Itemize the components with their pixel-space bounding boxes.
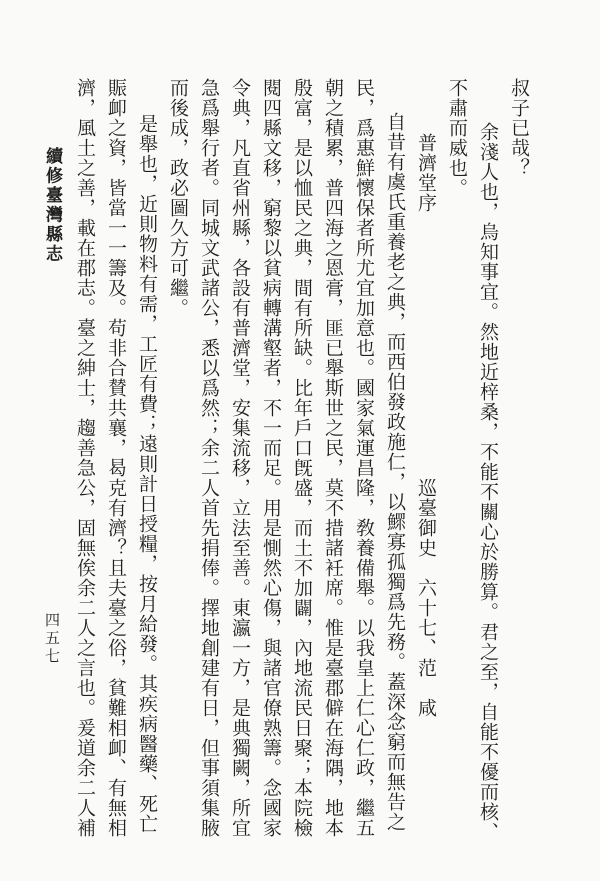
text-column-p2-2: 賑卹之資，皆當一一籌及。苟非合賛共襄，曷克有濟？且夫臺之俗，貧難相卹、有無相 xyxy=(103,78,127,838)
section-title: 普濟堂序 xyxy=(413,133,437,213)
text-column-preceding-3: 不肅而威也。 xyxy=(444,78,468,198)
author-line: 巡臺御史 六十七、范 咸 xyxy=(413,478,437,718)
book-page: 叔子已哉？ 余淺人也，烏知事宜。然地近梓桑，不能不關心於勝算。君之至，自能不優而… xyxy=(0,0,600,881)
text-column-p1-7: 急爲舉行者。同城文武諸公，悉以爲然；余二人首先捐俸。擇地創建有日，但事須集腋 xyxy=(196,78,220,838)
text-column-p1-8: 而後成，政必圖久方可繼。 xyxy=(165,78,189,318)
text-column-preceding-1: 叔子已哉？ xyxy=(506,78,530,178)
text-column-p2-3: 濟，風土之善，載在郡志。臺之紳士，趨善急公，固無俟余二人之言也。爰道余二人補 xyxy=(72,78,96,838)
text-column-p1-6: 令典，凡直省州縣，各設有普濟堂，安集流移，立法至善。東瀛一方，是典獨闕，所宜 xyxy=(227,78,251,838)
text-column-p1-1: 自昔有虞氏重養老之典，而西伯發政施仁，以鰥寡孤獨爲先務。蓋深念窮而無告之 xyxy=(382,112,406,832)
text-column-p1-2: 民，爲惠鮮懷保者所尤宜加意也。國家氣運昌隆，敎養備舉。以我皇上仁心仁政，繼五 xyxy=(351,78,375,838)
text-column-p1-5: 閱四縣文移，窮黎以貧病轉溝壑者，不一而足。用是惻然心傷，與諸官僚熟籌。念國家 xyxy=(258,78,282,838)
text-column-p2-1: 是舉也，近則物料有需，工匠有費；遠則計日授糧，按月給發。其疾病醫藥、死亡 xyxy=(134,114,158,834)
text-column-p1-3: 朝之積累，普四海之恩膏，匪已舉斯世之民，莫不措諸衽席。惟是臺郡僻在海隅，地本 xyxy=(320,78,344,838)
book-title-margin: 續修臺灣縣志 xyxy=(42,147,62,264)
text-column-p1-4: 殷富，是以恤民之典，間有所缺。比年戶口旣盛，而土不加闢，內地流民日聚；本院檢 xyxy=(289,78,313,838)
page-number: 四五七 xyxy=(42,612,60,666)
text-column-preceding-2: 余淺人也，烏知事宜。然地近梓桑，不能不關心於勝算。君之至，自能不優而核、 xyxy=(475,122,499,842)
